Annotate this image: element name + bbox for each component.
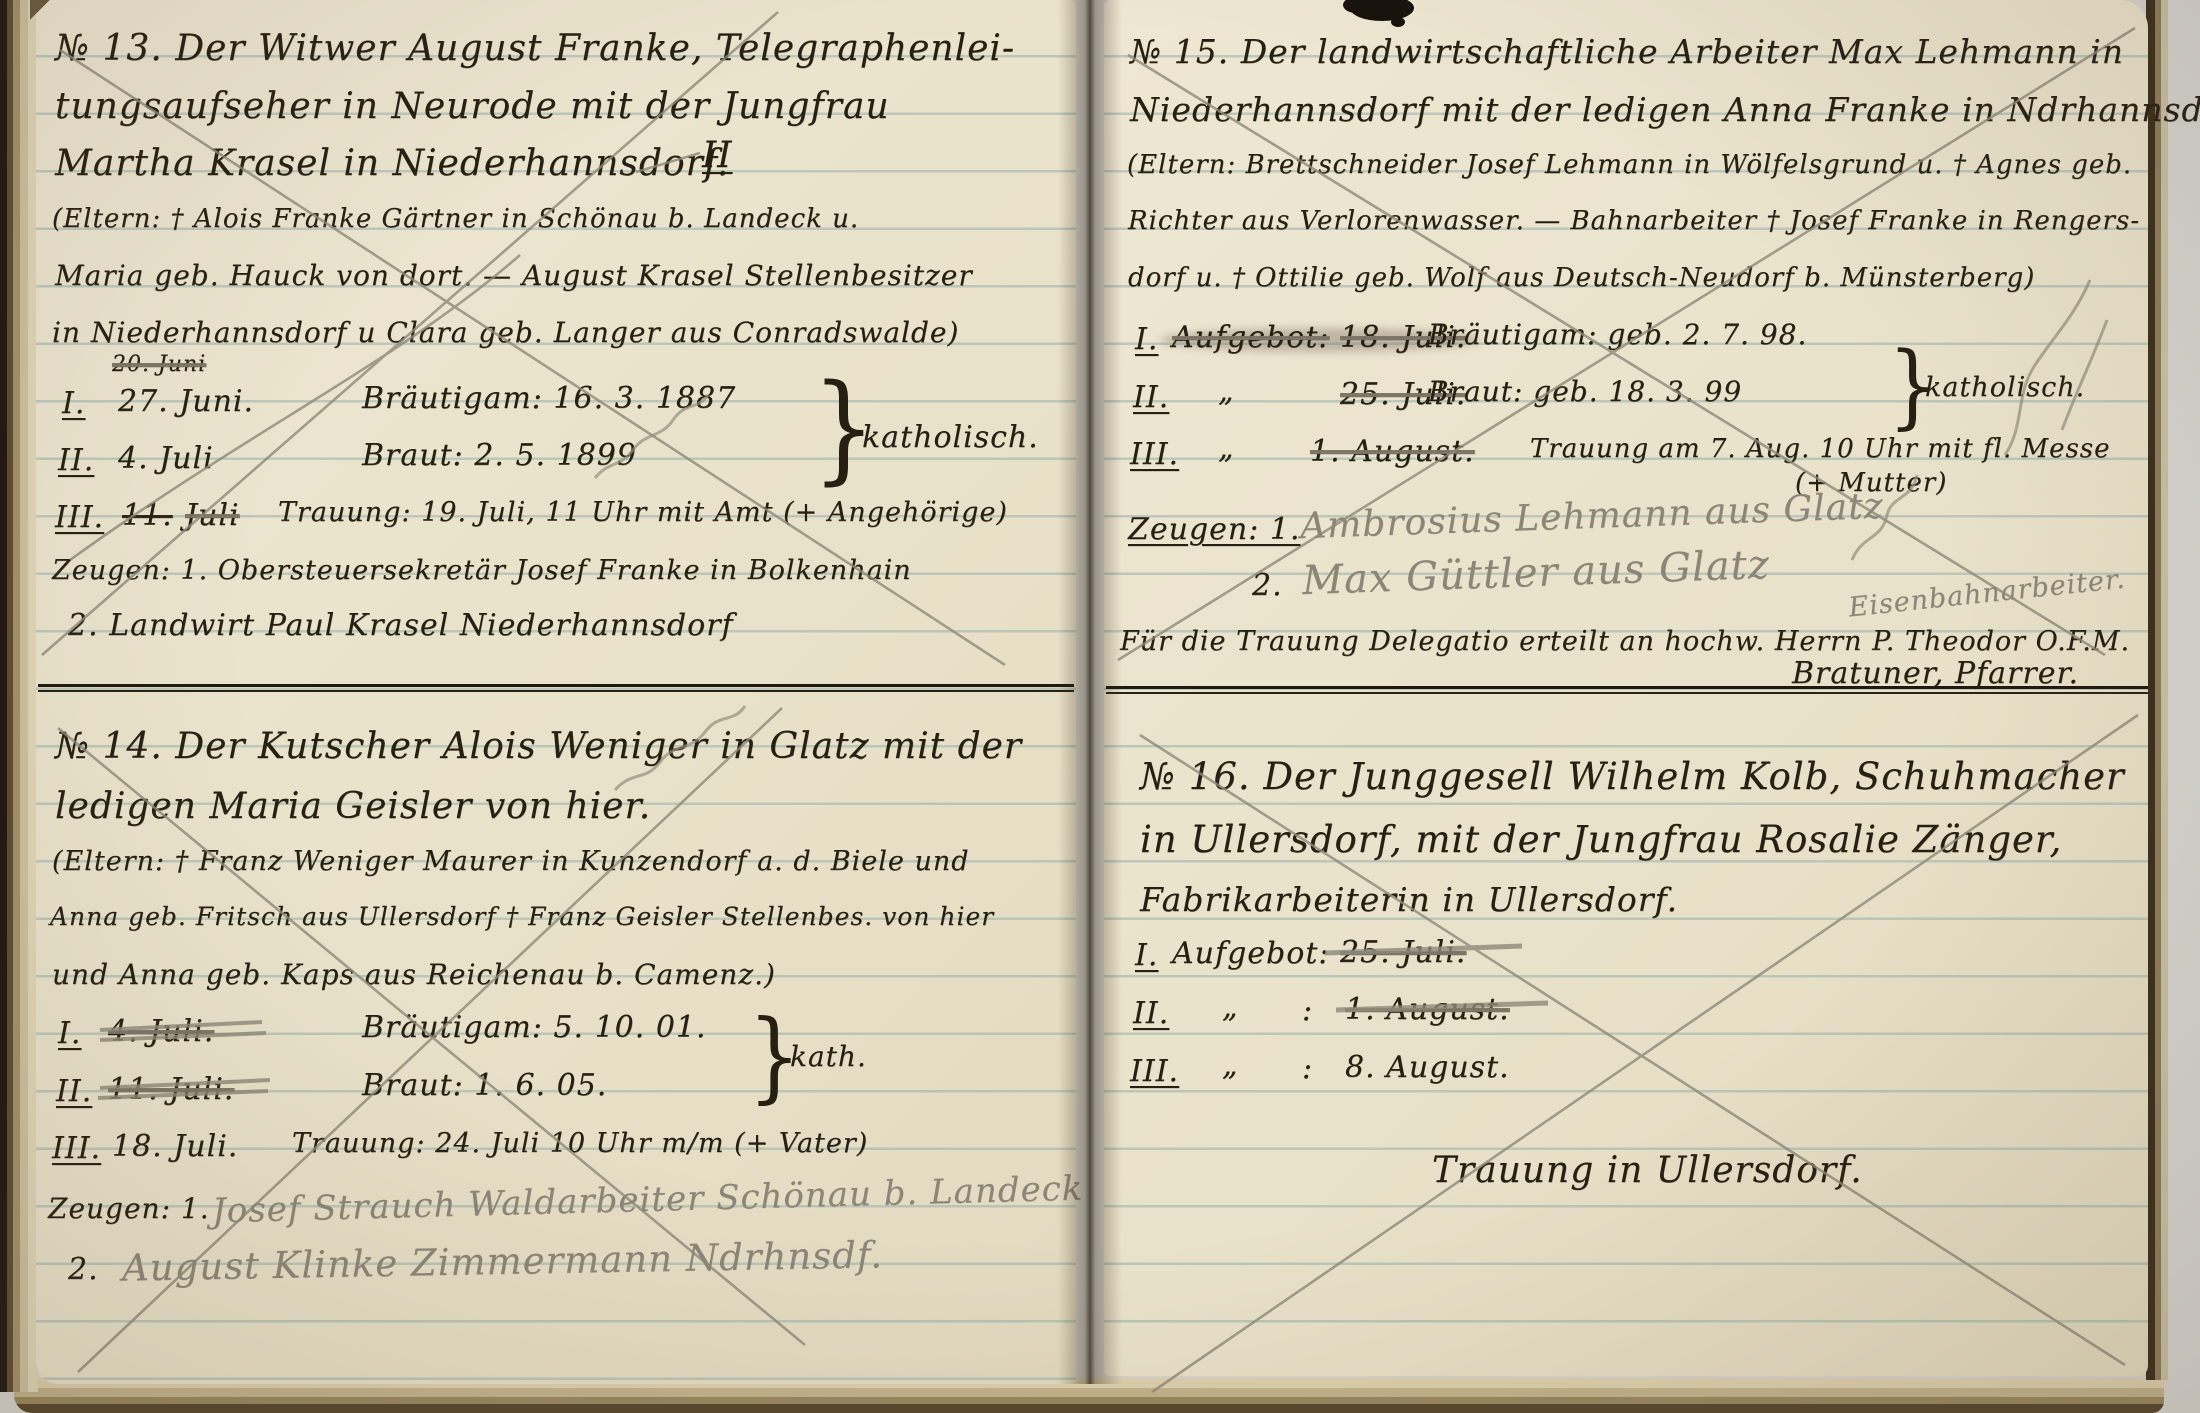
entry13-line3: Martha Krasel in Niederhannsdorf. xyxy=(55,143,729,184)
entry14-banns2-numeral: II. xyxy=(56,1074,92,1109)
entry15-banns3-date: 1. August. xyxy=(1310,434,1475,469)
entry15-banns1-numeral: I. xyxy=(1135,322,1158,357)
entry14-line1: № 14. Der Kutscher Alois Weniger in Glat… xyxy=(55,726,1022,767)
entry16-banns1-numeral: I. xyxy=(1135,938,1158,973)
entry14-groom-birthdate: Bräutigam: 5. 10. 01. xyxy=(362,1010,707,1045)
entry15-banns2-numeral: II. xyxy=(1133,380,1169,415)
ditto-mark: „ xyxy=(1222,990,1239,1025)
entry13-banns2-date: 4. Juli xyxy=(118,441,214,476)
entry-separator-left xyxy=(38,684,1074,692)
entry13-parents-line1: (Eltern: † Alois Franke Gärtner in Schön… xyxy=(52,204,859,234)
entry13-banns3-date: Juli xyxy=(185,498,240,533)
entry16-banns1-label: Aufgebot: xyxy=(1172,936,1329,971)
entry14-witness1-label: Zeugen: 1. xyxy=(48,1192,210,1225)
entry13-bride-birthdate: Braut: 2. 5. 1899 xyxy=(362,438,637,473)
entry16-banns3-date: 8. August. xyxy=(1345,1050,1510,1085)
entry13-margin-mark: II xyxy=(702,135,732,176)
entry13-banns3-date-struck: 11. xyxy=(122,498,173,533)
entry15-bride-birthdate: Braut: geb. 18. 3. 99 xyxy=(1428,375,1742,408)
entry13-witness1: Zeugen: 1. Obersteuersekretär Josef Fran… xyxy=(52,555,912,586)
entry13-banns3-numeral: III. xyxy=(55,500,104,535)
entry13-parents-line3: in Niederhannsdorf u Clara geb. Langer a… xyxy=(52,316,959,349)
entry15-line1: № 15. Der landwirtschaftliche Arbeiter M… xyxy=(1130,32,2124,71)
entry15-witness-label: Zeugen: 1. xyxy=(1128,512,1300,547)
entry16-line1: № 16. Der Junggesell Wilhelm Kolb, Schuh… xyxy=(1140,755,2125,798)
entry13-witness2: 2. Landwirt Paul Krasel Niederhannsdorf xyxy=(68,608,734,643)
entry16-banns3-numeral: III. xyxy=(1130,1054,1179,1089)
book-cover-edge xyxy=(2146,0,2168,1380)
entry13-banns1-old-date: 20. Juni xyxy=(112,352,206,377)
entry15-groom-birthdate: Bräutigam: geb. 2. 7. 98. xyxy=(1428,318,1807,351)
entry14-line2: ledigen Maria Geisler von hier. xyxy=(55,786,651,827)
ditto-mark: „ xyxy=(1218,374,1235,409)
colon-mark: : xyxy=(1302,1051,1313,1086)
entry14-banns3-date: 18. Juli. xyxy=(112,1129,238,1164)
entry15-delegation-note: Für die Trauung Delegatio erteilt an hoc… xyxy=(1120,626,2130,657)
entry14-parents-line2: Anna geb. Fritsch aus Ullersdorf † Franz… xyxy=(50,902,994,931)
entry14-parents-line3: und Anna geb. Kaps aus Reichenau b. Came… xyxy=(52,958,776,991)
entry14-bride-birthdate: Braut: 1. 6. 05. xyxy=(362,1068,607,1103)
entry13-banns1-date: 27. Juni. xyxy=(118,384,254,419)
entry13-line1: № 13. Der Witwer August Franke, Telegrap… xyxy=(55,28,1015,69)
entry13-religion: katholisch. xyxy=(862,420,1039,455)
entry13-line2: tungsaufseher in Neurode mit der Jungfra… xyxy=(55,86,890,127)
entry15-parents-line3: dorf u. † Ottilie geb. Wolf aus Deutsch-… xyxy=(1128,263,2035,293)
ditto-mark: „ xyxy=(1222,1048,1239,1083)
entry15-line2: Niederhannsdorf mit der ledigen Anna Fra… xyxy=(1130,90,2200,129)
register-book-photo: № 13. Der Witwer August Franke, Telegrap… xyxy=(0,0,2200,1413)
entry16-banns1-date: 25. Juli. xyxy=(1340,935,1466,970)
entry16-banns2-numeral: II. xyxy=(1133,996,1169,1031)
entry16-wedding-note: Trauung in Ullersdorf. xyxy=(1432,1150,1863,1191)
entry14-religion: kath. xyxy=(790,1040,867,1073)
book-spine-edge xyxy=(0,0,38,1392)
entry13-banns2-numeral: II. xyxy=(58,443,94,478)
entry15-witness2-num: 2. xyxy=(1252,568,1283,603)
entry13-parents-line2: Maria geb. Hauck von dort. — August Kras… xyxy=(55,259,973,292)
entry15-wedding-note: Trauung am 7. Aug. 10 Uhr mit fl. Messe xyxy=(1530,434,2111,464)
entry14-banns2-date: 11. Juli. xyxy=(108,1072,234,1107)
entry15-parents-line2: Richter aus Verlorenwasser. — Bahnarbeit… xyxy=(1128,206,2140,236)
entry14-witness2-label: 2. xyxy=(68,1252,99,1287)
entry15-religion: katholisch. xyxy=(1925,372,2085,403)
entry15-signature: Bratuner, Pfarrer. xyxy=(1792,656,2079,691)
entry13-wedding-note: Trauung: 19. Juli, 11 Uhr mit Amt (+ Ang… xyxy=(278,497,1008,528)
entry15-parents-line1: (Eltern: Brettschneider Josef Lehmann in… xyxy=(1127,150,2132,180)
entry14-banns1-date: 4. Juli. xyxy=(108,1014,214,1049)
entry14-banns1-numeral: I. xyxy=(58,1016,81,1051)
entry14-wedding-note: Trauung: 24. Juli 10 Uhr m/m (+ Vater) xyxy=(292,1128,868,1159)
entry14-banns3-numeral: III. xyxy=(52,1131,101,1166)
entry13-groom-birthdate: Bräutigam: 16. 3. 1887 xyxy=(362,381,736,416)
entry14-parents-line1: (Eltern: † Franz Weniger Maurer in Kunze… xyxy=(52,846,970,877)
entry16-banns2-date: 1. August. xyxy=(1345,992,1510,1027)
entry13-banns1-numeral: I. xyxy=(62,386,85,421)
entry15-banns3-numeral: III. xyxy=(1130,437,1179,472)
entry16-line2: in Ullersdorf, mit der Jungfrau Rosalie … xyxy=(1140,818,2062,861)
colon-mark: : xyxy=(1302,993,1313,1028)
entry15-banns1-label: Aufgebot: xyxy=(1172,320,1329,355)
ditto-mark: „ xyxy=(1218,431,1235,466)
entry16-line3: Fabrikarbeiterin in Ullersdorf. xyxy=(1140,880,1678,919)
